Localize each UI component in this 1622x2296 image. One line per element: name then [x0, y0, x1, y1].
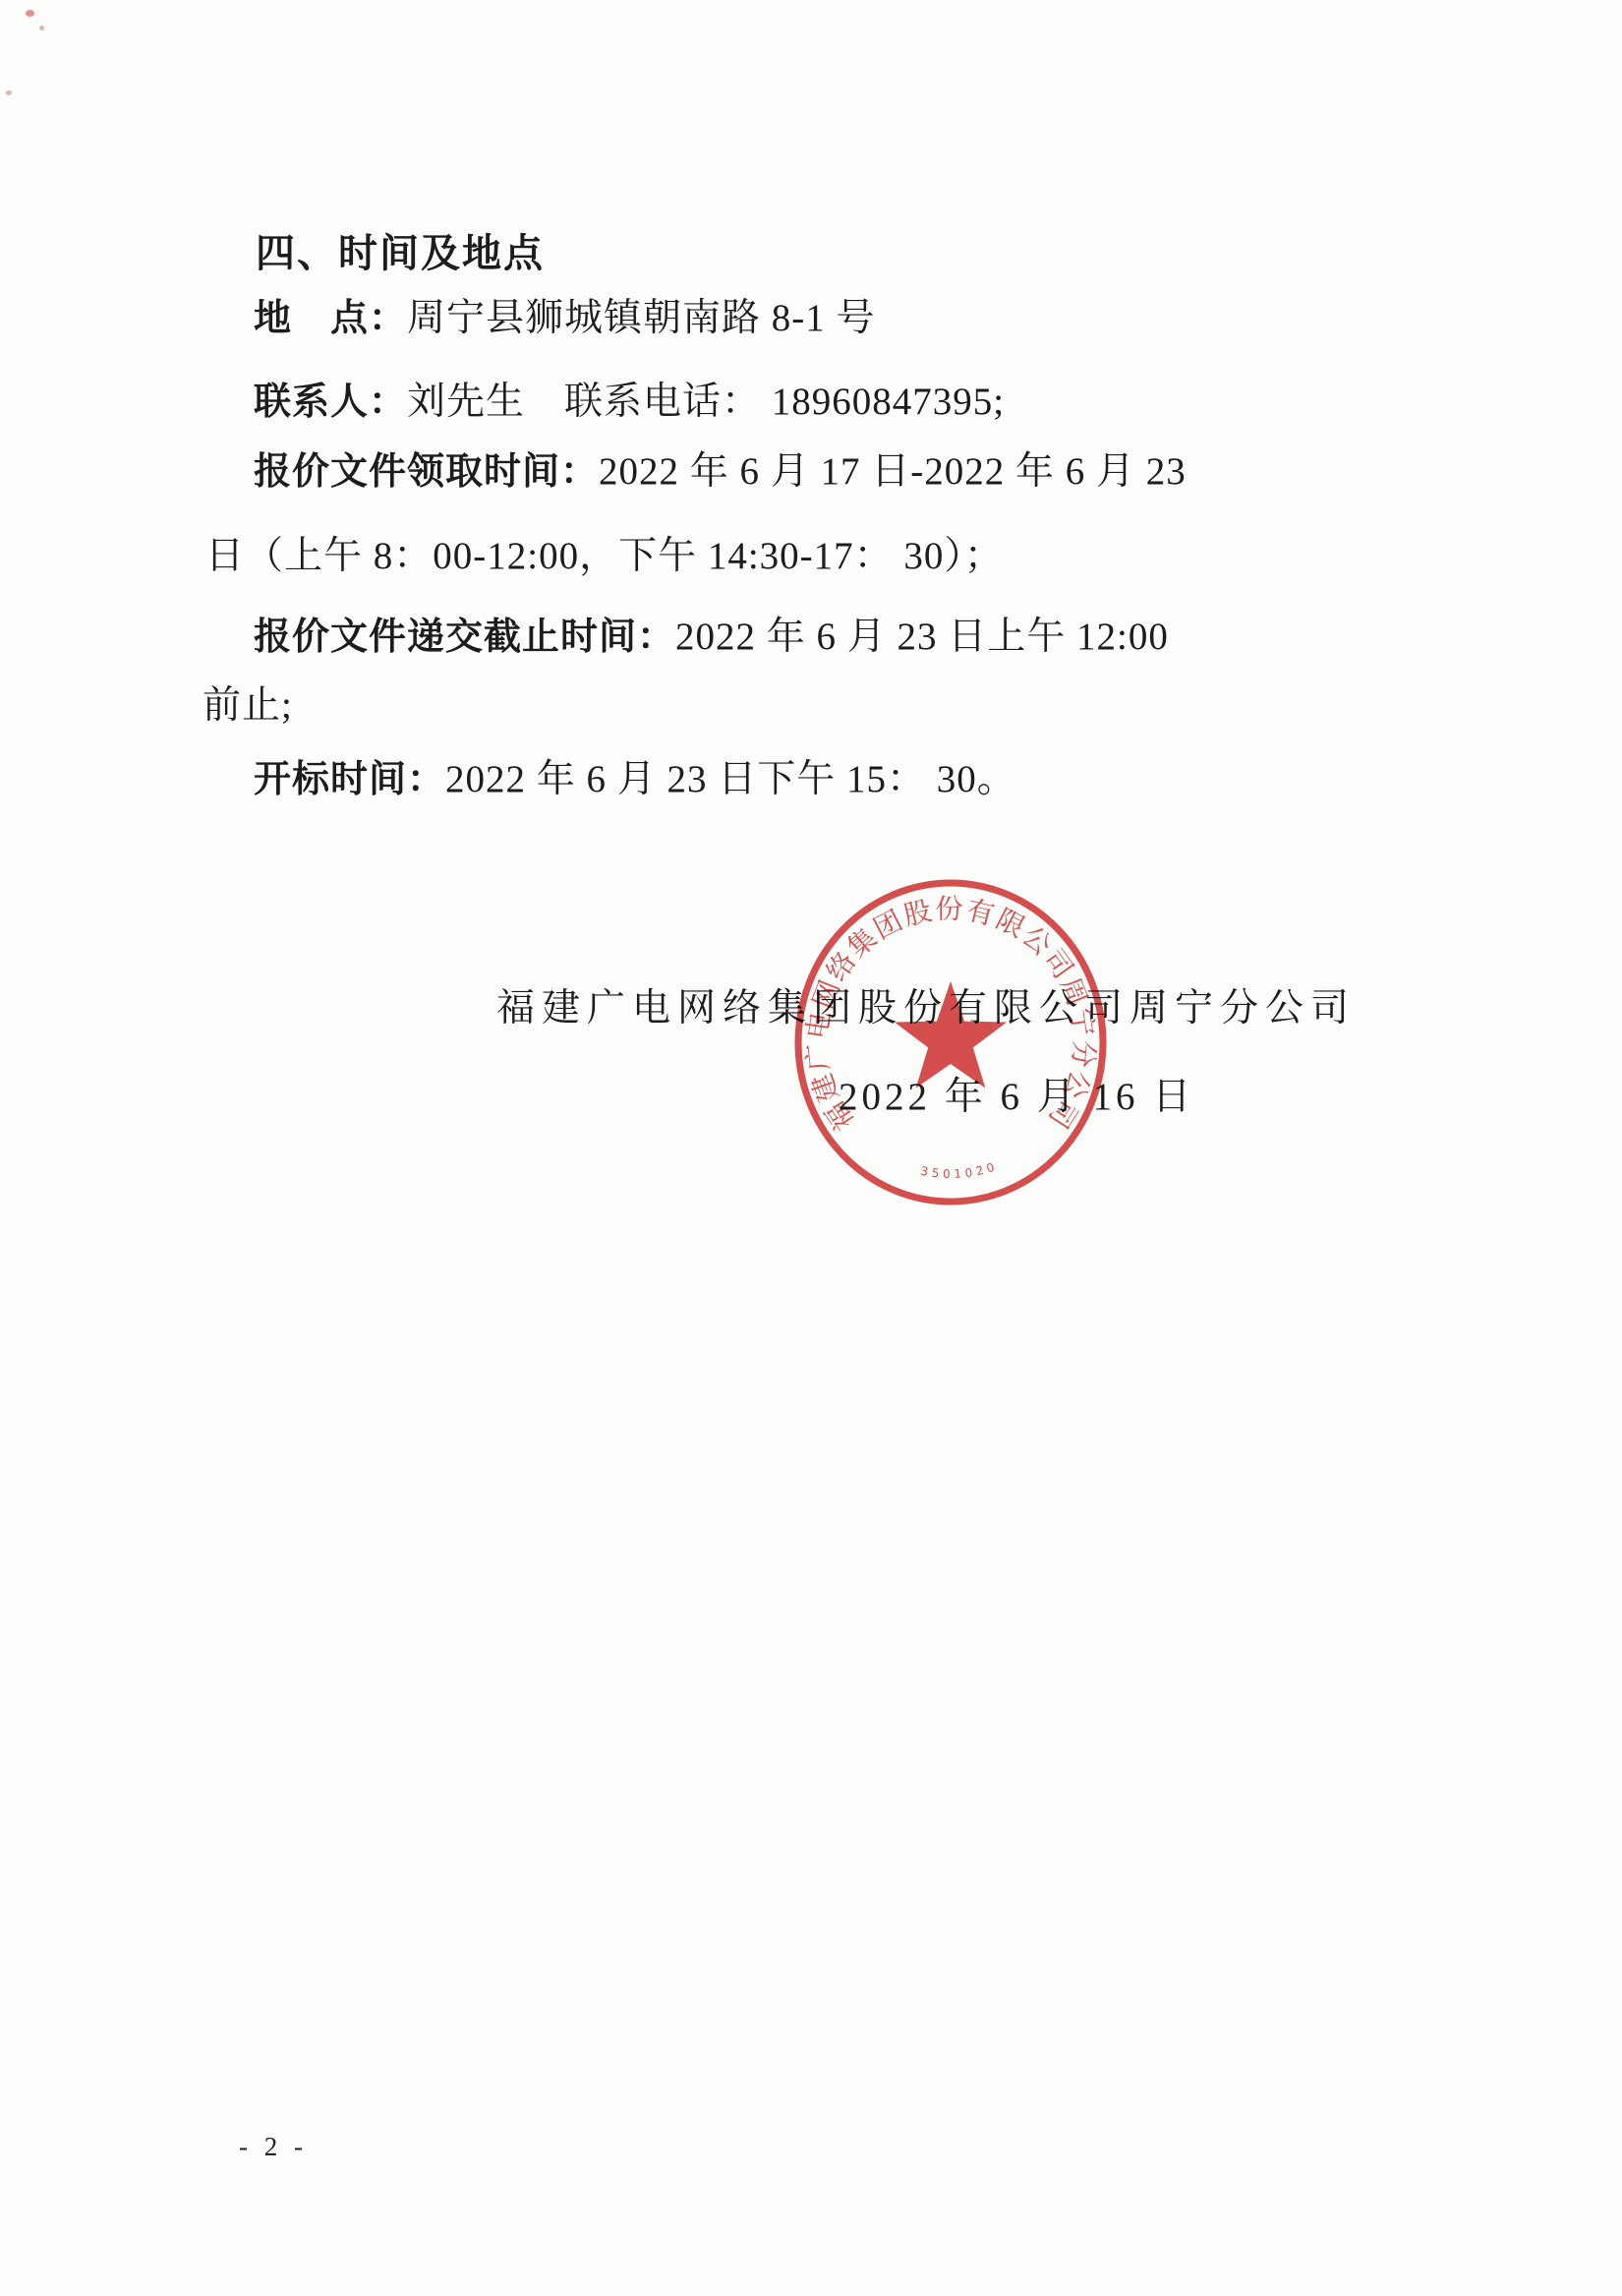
line-location: 地 点：周宁县狮城镇朝南路 8-1 号 [254, 297, 876, 341]
line-contact: 联系人：刘先生 联系电话： 18960847395; [254, 381, 1005, 425]
line-value: 周宁县狮城镇朝南路 8-1 号 [407, 297, 876, 339]
seal-star-icon [895, 981, 1007, 1089]
line-label: 开标时间： [254, 757, 445, 800]
line-value: 日（上午 8：00-12:00，下午 14:30-17： 30）； [205, 535, 1004, 577]
line-label: 报价文件领取时间： [254, 449, 599, 493]
seal-serial-number: 3501020 [919, 1159, 1000, 1181]
scan-speckle [6, 90, 12, 95]
line-pickup-time-continuation: 日（上午 8：00-12:00，下午 14:30-17： 30）； [205, 535, 1004, 579]
page-number: - 2 - [239, 2132, 308, 2162]
document-page: 四、时间及地点 地 点：周宁县狮城镇朝南路 8-1 号 联系人：刘先生 联系电话… [0, 0, 1622, 2296]
line-label: 地 点： [254, 296, 407, 339]
line-value: 2022 年 6 月 23 日下午 15： 30。 [445, 758, 1016, 800]
line-label: 报价文件递交截止时间： [254, 615, 675, 658]
line-bid-opening-time: 开标时间：2022 年 6 月 23 日下午 15： 30。 [254, 758, 1016, 802]
line-value: 2022 年 6 月 17 日-2022 年 6 月 23 [599, 450, 1187, 493]
scan-speckle [39, 26, 44, 30]
section-heading: 四、时间及地点 [256, 222, 545, 278]
svg-text:3501020: 3501020 [919, 1159, 1000, 1181]
line-pickup-time: 报价文件领取时间：2022 年 6 月 17 日-2022 年 6 月 23 [254, 450, 1187, 495]
line-value: 2022 年 6 月 23 日上午 12:00 [675, 616, 1169, 658]
line-submission-deadline-continuation: 前止; [203, 684, 293, 729]
line-value: 前止; [203, 684, 293, 727]
company-seal-stamp: 福建广电网络集团股份有限公司周宁分公司 3501020 [785, 871, 1116, 1213]
scan-speckle [26, 10, 34, 17]
line-label: 联系人： [254, 380, 407, 423]
line-submission-deadline: 报价文件递交截止时间：2022 年 6 月 23 日上午 12:00 [254, 616, 1169, 660]
line-value: 刘先生 联系电话： 18960847395; [407, 381, 1005, 423]
